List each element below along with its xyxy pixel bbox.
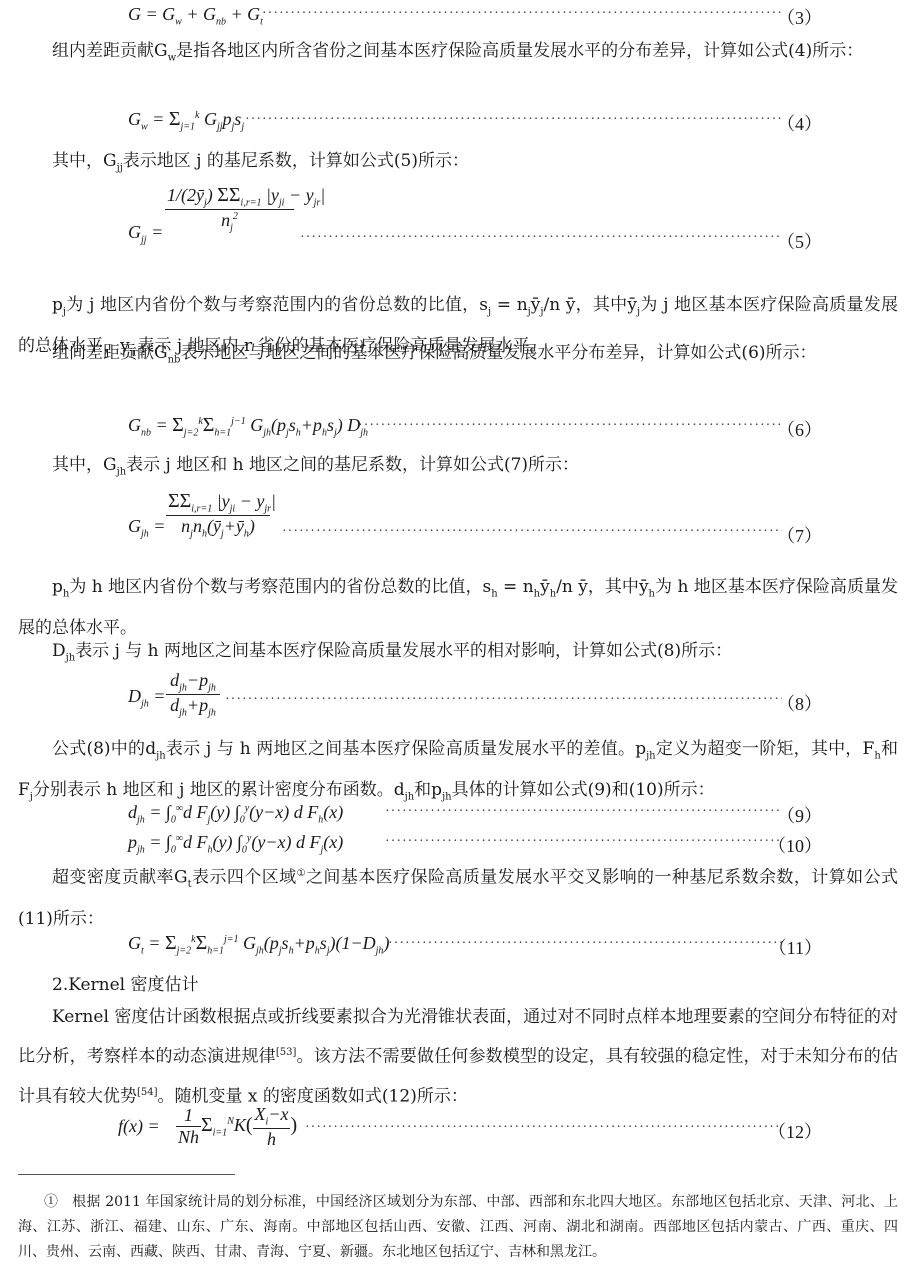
equation-number: （10） bbox=[768, 832, 822, 858]
equation-number: （3） bbox=[777, 4, 822, 30]
equation-number: （12） bbox=[768, 1118, 822, 1144]
equation-6-formula: Gnb = Σj=2kΣh=1j−1 Gjh(pjsh+phsj) Djh bbox=[128, 414, 368, 439]
paragraph-between-group-gini: 组间差距贡献Gnb表示地区与地区之间的基本医疗保险高质量发展水平分布差异，计算如… bbox=[18, 336, 898, 377]
equation-7: Gjh = ΣΣi,r=1 |yji − yjr|njnh(ȳj+ȳh) ···… bbox=[0, 488, 910, 568]
equation-5-fraction: 1/(2ȳj) ΣΣi,r=1 |yji − yjr|nj2 bbox=[165, 184, 294, 233]
leader-dots: ········································… bbox=[300, 230, 782, 246]
equation-12: f(x) = 1NhΣi=1NK(Xi−xh) ················… bbox=[0, 1104, 910, 1154]
paragraph-gjj-definition: 其中，Gjj表示地区 j 的基尼系数，计算如公式(5)所示： bbox=[18, 144, 898, 185]
paragraph-kernel-description: Kernel 密度估计函数根据点或折线要素拟合为光滑锥状表面，通过对不同时点样本… bbox=[18, 1000, 898, 1114]
leader-dots: ········································… bbox=[225, 692, 782, 708]
leader-dots: ········································… bbox=[385, 834, 782, 850]
equation-7-fraction: ΣΣi,r=1 |yji − yjr|njnh(ȳj+ȳh) bbox=[166, 490, 270, 539]
citation-53[interactable]: [53] bbox=[276, 1047, 297, 1058]
equation-number: （6） bbox=[777, 416, 822, 442]
citation-54[interactable]: [54] bbox=[137, 1087, 158, 1098]
equation-10-formula: pjh = ∫0∞d Fh(y) ∫0y(y−x) d Fj(x) bbox=[128, 832, 343, 856]
paragraph-within-group-gini: 组内差距贡献Gw是指各地区内所含省份之间基本医疗保险高质量发展水平的分布差异，计… bbox=[18, 34, 898, 75]
leader-dots: ········································… bbox=[305, 1120, 782, 1136]
equation-number: （8） bbox=[777, 690, 822, 716]
footnote: ① 根据 2011 年国家统计局的划分标准，中国经济区域划分为东部、中部、西部和… bbox=[18, 1190, 898, 1265]
equation-4: Gw = Σj=1k Gjjpjsj ·····················… bbox=[0, 104, 910, 144]
equation-number: （5） bbox=[777, 228, 822, 254]
paragraph-transvariation-density: 超变密度贡献率Gt表示四个区域①之间基本医疗保险高质量发展水平交叉影响的一种基尼… bbox=[18, 856, 898, 937]
leader-dots: ········································… bbox=[385, 804, 782, 820]
equation-8-fraction: djh−pjhdjh+pjh bbox=[166, 670, 220, 718]
leader-dots: ········································… bbox=[245, 112, 782, 128]
equation-3: G = Gw + Gnb + Gt ······················… bbox=[0, 4, 910, 30]
equation-8-lhs: Djh = bbox=[128, 686, 165, 710]
equation-11: Gt = Σj=2kΣh=1j=1 Gjh(pjsh+phsj)(1−Djh) … bbox=[0, 928, 910, 968]
equation-6: Gnb = Σj=2kΣh=1j−1 Gjh(pjsh+phsj) Djh ··… bbox=[0, 410, 910, 450]
equation-number: （9） bbox=[777, 802, 822, 828]
equation-8: Djh = djh−pjhdjh+pjh ···················… bbox=[0, 670, 910, 726]
leader-dots: ········································… bbox=[358, 418, 782, 434]
equation-11-formula: Gt = Σj=2kΣh=1j=1 Gjh(pjsh+phsj)(1−Djh) bbox=[128, 932, 389, 957]
footnote-divider bbox=[18, 1174, 235, 1175]
equation-number: （4） bbox=[777, 110, 822, 136]
leader-dots: ········································… bbox=[282, 524, 782, 540]
equation-5-lhs: Gjj = bbox=[128, 222, 163, 246]
equation-9: djh = ∫0∞d Fj(y) ∫0y(y−x) d Fh(x) ······… bbox=[0, 802, 910, 832]
equation-5: Gjj = 1/(2ȳj) ΣΣi,r=1 |yji − yjr|nj2 ···… bbox=[0, 184, 910, 284]
equation-12-rhs: 1NhΣi=1NK(Xi−xh) bbox=[176, 1104, 297, 1150]
equation-number: （11） bbox=[769, 934, 822, 960]
equation-12-lhs: f(x) = bbox=[118, 1116, 160, 1137]
leader-dots: ········································… bbox=[388, 936, 782, 952]
section-heading-kernel: 2.Kernel 密度估计 bbox=[18, 968, 898, 1003]
equation-3-formula: G = Gw + Gnb + Gt bbox=[128, 4, 263, 28]
footnote-ref[interactable]: ① bbox=[297, 868, 306, 879]
equation-9-formula: djh = ∫0∞d Fj(y) ∫0y(y−x) d Fh(x) bbox=[128, 802, 343, 826]
equation-7-lhs: Gjh = bbox=[128, 516, 165, 540]
equation-4-formula: Gw = Σj=1k Gjjpjsj bbox=[128, 108, 244, 133]
leader-dots: ········································… bbox=[262, 6, 782, 22]
equation-number: （7） bbox=[777, 522, 822, 548]
paragraph-gjh-definition: 其中，Gjh表示 j 地区和 h 地区之间的基尼系数，计算如公式(7)所示： bbox=[18, 448, 898, 489]
footnote-marker: ① bbox=[44, 1194, 58, 1210]
